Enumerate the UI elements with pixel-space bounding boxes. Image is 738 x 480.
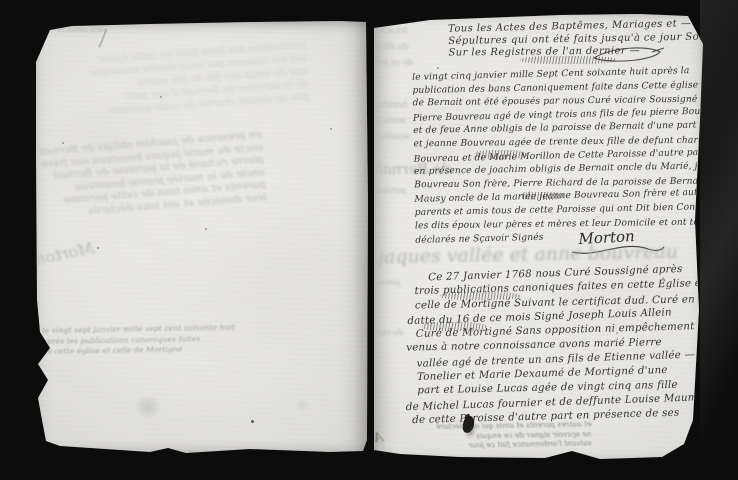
bleed-through-line: pierre richard de la paroisse de Bernait <box>40 153 264 183</box>
marriage-act-1: le vingt cinq janvier mille Sept Cent so… <box>412 64 738 247</box>
margin-bleed-mark: sépulture <box>372 132 411 141</box>
margin-bleed-mark: baptême <box>372 100 407 109</box>
ink-speck <box>616 332 618 334</box>
bleed-through-line: publication des bans faite en cette égli… <box>88 39 306 67</box>
margin-bleed-mark: mariage <box>372 116 405 125</box>
ink-speck <box>97 247 99 249</box>
margin-bleed-mark: janvier <box>372 278 400 287</box>
register-scan: et autres actes publication des bans fai… <box>0 0 738 480</box>
margin-bleed-mark: les actes <box>372 26 407 35</box>
scribble-strikeout <box>520 192 564 200</box>
ink-speck <box>62 142 64 144</box>
margin-bleed-mark: du dit an <box>372 42 408 51</box>
ink-speck <box>541 206 543 208</box>
scribble-strikeout <box>474 150 526 159</box>
ink-blot <box>462 415 475 433</box>
scribble-strikeout <box>440 292 520 300</box>
bleed-through-band: le vingt sept janvier mille sept cent so… <box>42 323 236 358</box>
scribble-strikeout <box>520 56 616 64</box>
priest-signature: Morton <box>578 227 635 248</box>
bleed-through-line: oncle du marié jaques bouvreau son frère <box>39 141 263 171</box>
paper-stain <box>134 394 162 420</box>
left-page: et autres actes publication des bans fai… <box>34 20 370 456</box>
bleed-through-signature: Morton <box>33 238 96 269</box>
bleed-through-line: le vingt sept janvier mille sept cent so… <box>42 323 235 337</box>
bleed-through-band: en présence de joachim obligis de Bernai… <box>38 128 267 220</box>
scribble-strikeout <box>422 322 486 331</box>
bleed-through-line: ne sçavoir signer de ce enquis <box>436 429 591 441</box>
paper-texture <box>34 20 370 456</box>
bleed-through-line: après les publications canoniques faites <box>42 333 235 347</box>
ink-speck <box>205 228 207 230</box>
bleed-through-line: en présence de joachim obligis de Bernai… <box>38 128 262 158</box>
bleed-through-line: ont été épousés par nous vicaire soussig… <box>89 52 307 80</box>
bleed-through-line: de la paroisse de Bernait d'une part <box>91 78 309 106</box>
margin-bleed-mark: de ce jour <box>372 58 412 67</box>
bleed-through-line: et autres actes <box>58 26 107 34</box>
bleed-through-band: publication des bans faite en cette égli… <box>88 39 310 119</box>
ink-speck <box>688 97 690 99</box>
ink-speck <box>330 128 332 130</box>
ink-speck <box>251 420 254 423</box>
marriage-act-2: Ce 27 Janvier 1768 nous Curé Soussigné a… <box>414 261 726 427</box>
margin-bleed-mark: paroisse <box>372 186 406 195</box>
ink-speck <box>160 96 162 98</box>
margin-bleed-mark: du curé <box>372 328 403 337</box>
bleed-through-line: agé de vingt ans fils de feu pierre <box>90 65 308 93</box>
bleed-through-line: leur domicile et ont tous déclarés <box>43 191 267 221</box>
register-header: Tous les Actes des Baptêmes, Mariages et… <box>448 18 723 60</box>
right-page: les actes du dit an de ce jour baptême m… <box>370 10 704 468</box>
pen-stroke <box>98 28 107 47</box>
bleed-through-line: oncle de la mariée jeanne bouvreau <box>41 166 265 196</box>
paper-stain <box>294 398 310 412</box>
bleed-through-line: fille de defunt charles de cette paroiss… <box>92 91 310 119</box>
bleed-through-line: suivant l'ordonnance fait ce jour <box>436 438 591 450</box>
ink-speck <box>437 67 439 69</box>
bleed-through-line: parents et amis tous de cette paroisse <box>42 178 266 208</box>
book-fore-edge <box>700 0 738 480</box>
bleed-through-line: en cette église et celle de Mortigné <box>42 344 235 358</box>
